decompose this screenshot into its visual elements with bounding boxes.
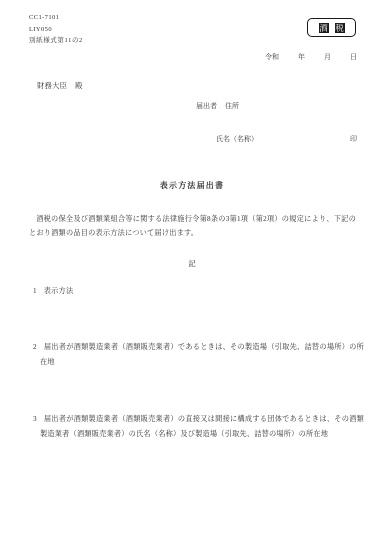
record-heading: 記 <box>0 258 384 269</box>
seal-mark: 印 <box>350 134 357 144</box>
applicant-name-line: 氏名（名称） 印 <box>216 134 357 144</box>
badge-char-sake: 酒 <box>319 23 329 33</box>
addressee-line: 財務大臣殿 <box>37 80 83 91</box>
item-1-text: 表示方法 <box>44 287 74 295</box>
list-item-2: 2届出者が酒類製造業者（酒類販売業者）であるときは、その製造場（引取先、詰替の場… <box>33 340 364 369</box>
era-label: 令和 <box>265 52 279 62</box>
form-code-line2: LIY050 <box>29 24 83 36</box>
applicant-address-line: 届出者住所 <box>196 101 239 111</box>
addressee-name: 財務大臣 <box>37 81 67 90</box>
applicant-label: 届出者 <box>196 102 217 110</box>
day-label: 日 <box>350 52 357 62</box>
item-2-number: 2 <box>33 343 37 351</box>
item-1-number: 1 <box>33 287 37 295</box>
list-item-1: 1表示方法 <box>33 284 364 299</box>
item-2-text: 届出者が酒類製造業者（酒類販売業者）であるときは、その製造場（引取先、詰替の場所… <box>40 343 364 366</box>
body-paragraph: 酒税の保全及び酒類業組合等に関する法律施行令第8条の3第1項（第2項）の規定によ… <box>29 212 356 240</box>
list-item-3: 3届出者が酒類製造業者（酒類販売業者）の直接又は間接に構成する団体であるときは、… <box>33 412 364 441</box>
year-label: 年 <box>298 52 305 62</box>
tax-category-badge: 酒 税 <box>307 18 356 37</box>
document-title: 表示方法届出書 <box>0 180 384 191</box>
badge-char-zei: 税 <box>335 23 345 33</box>
month-label: 月 <box>324 52 331 62</box>
name-label: 氏名（名称） <box>216 134 258 144</box>
addressee-honorific: 殿 <box>75 81 83 90</box>
item-3-number: 3 <box>33 415 37 423</box>
form-code-block: CC1-7101 LIY050 別紙様式第11の2 <box>29 12 83 47</box>
item-3-text: 届出者が酒類製造業者（酒類販売業者）の直接又は間接に構成する団体であるときは、そ… <box>40 415 364 438</box>
form-style-number: 別紙様式第11の2 <box>29 35 83 47</box>
form-code-line1: CC1-7101 <box>29 12 83 24</box>
date-line: 令和 年 月 日 <box>265 52 357 62</box>
address-label: 住所 <box>225 102 239 110</box>
document-page: CC1-7101 LIY050 別紙様式第11の2 酒 税 令和 年 月 日 財… <box>0 0 384 548</box>
